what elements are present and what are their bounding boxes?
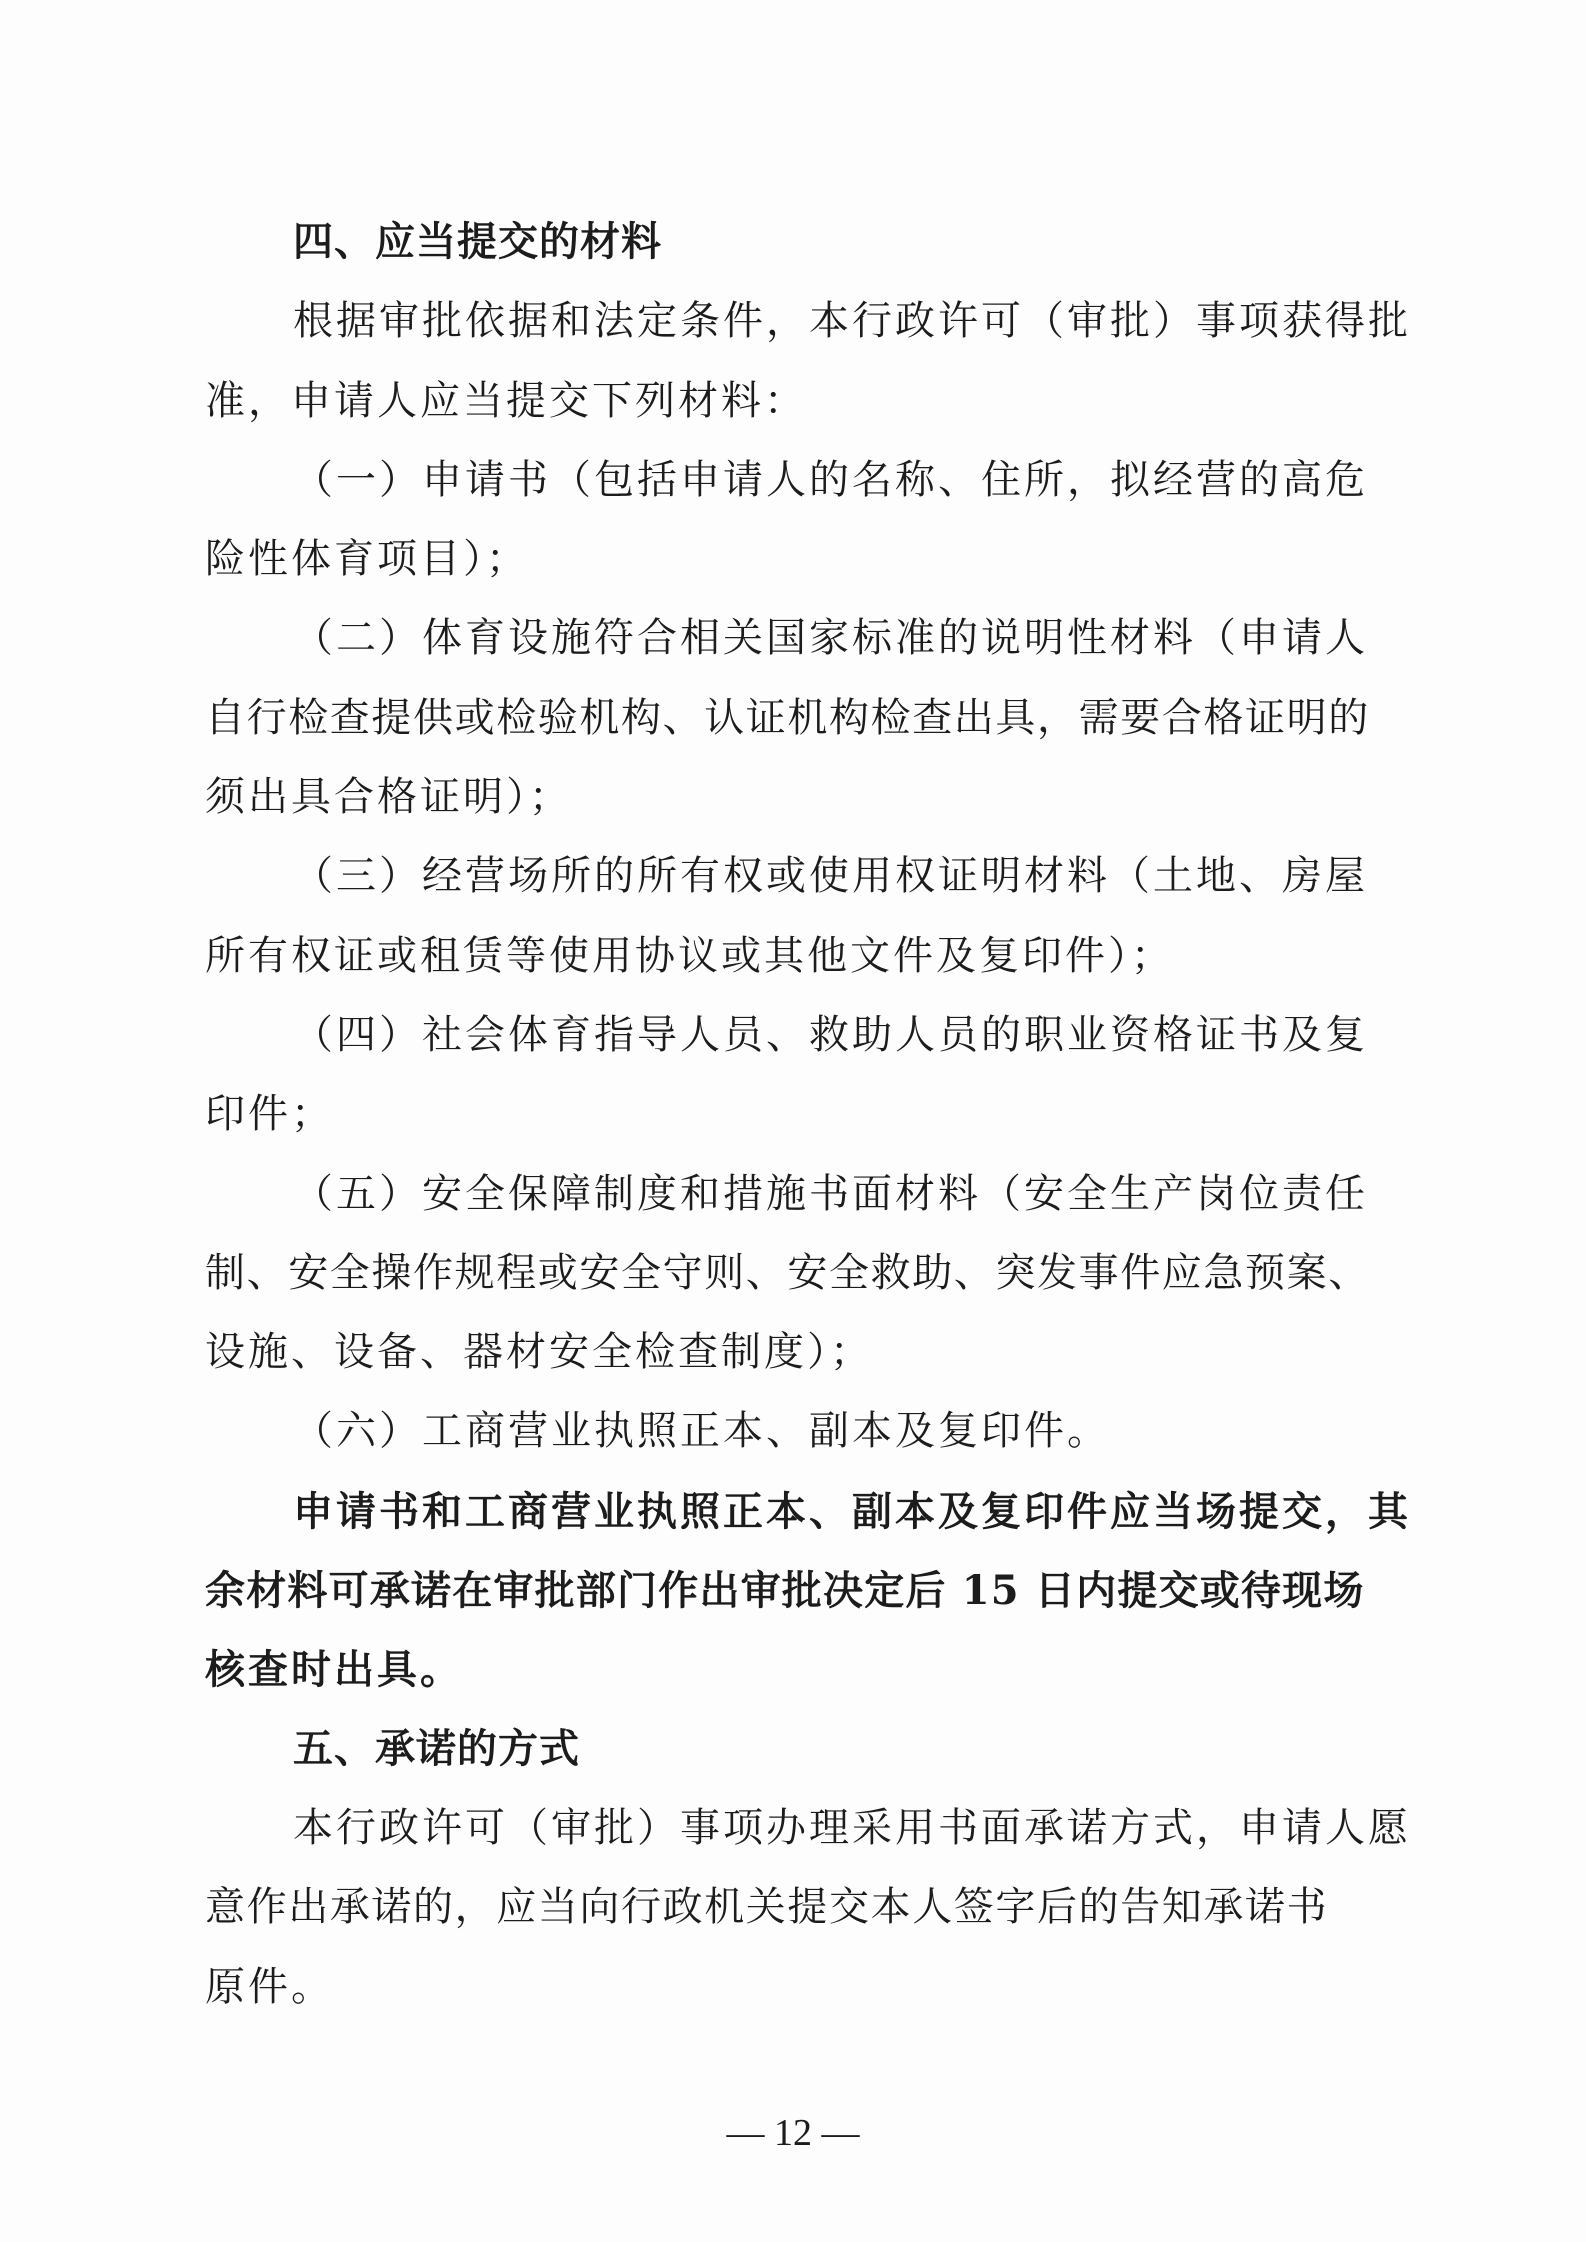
list-item-line: 印件； [205,1075,1385,1154]
bold-note-line: 余材料可承诺在审批部门作出审批决定后 15 日内提交或待现场 [205,1551,1385,1630]
bold-note-line: 核查时出具。 [205,1630,1385,1709]
list-item-line: 所有权证或租赁等使用协议或其他文件及复印件）； [205,917,1385,996]
paragraph-line: 准，申请人应当提交下列材料： [205,362,1385,441]
list-item-line: 险性体育项目）； [205,520,1385,599]
list-item-line: （一）申请书（包括申请人的名称、住所，拟经营的高危 [205,441,1385,520]
list-item-line: （二）体育设施符合相关国家标准的说明性材料（申请人 [205,599,1385,678]
list-item-line: （三）经营场所的所有权或使用权证明材料（土地、房屋 [205,837,1385,916]
list-item-line: 自行检查提供或检验机构、认证机构检查出具，需要合格证明的 [205,679,1385,758]
list-item-line: 设施、设备、器材安全检查制度）； [205,1313,1385,1392]
paragraph-line: 意作出承诺的，应当向行政机关提交本人签字后的告知承诺书 [205,1868,1385,1947]
paragraph-line: 根据审批依据和法定条件，本行政许可（审批）事项获得批 [205,282,1385,361]
paragraph-line: 本行政许可（审批）事项办理采用书面承诺方式，申请人愿 [205,1789,1385,1868]
document-page: 四、应当提交的材料 根据审批依据和法定条件，本行政许可（审批）事项获得批 准，申… [0,0,1586,2242]
section-heading-materials: 四、应当提交的材料 [205,203,1385,282]
paragraph-line: 原件。 [205,1948,1385,2027]
document-body: 四、应当提交的材料 根据审批依据和法定条件，本行政许可（审批）事项获得批 准，申… [205,203,1385,2027]
list-item-line: （六）工商营业执照正本、副本及复印件。 [205,1392,1385,1471]
list-item-line: 制、安全操作规程或安全守则、安全救助、突发事件应急预案、 [205,1234,1385,1313]
section-heading-commitment: 五、承诺的方式 [205,1710,1385,1789]
list-item-line: （五）安全保障制度和措施书面材料（安全生产岗位责任 [205,1155,1385,1234]
bold-note-line: 申请书和工商营业执照正本、副本及复印件应当场提交，其 [205,1472,1385,1551]
list-item-line: （四）社会体育指导人员、救助人员的职业资格证书及复 [205,996,1385,1075]
list-item-line: 须出具合格证明）； [205,758,1385,837]
page-number: — 12 — [0,2110,1586,2156]
